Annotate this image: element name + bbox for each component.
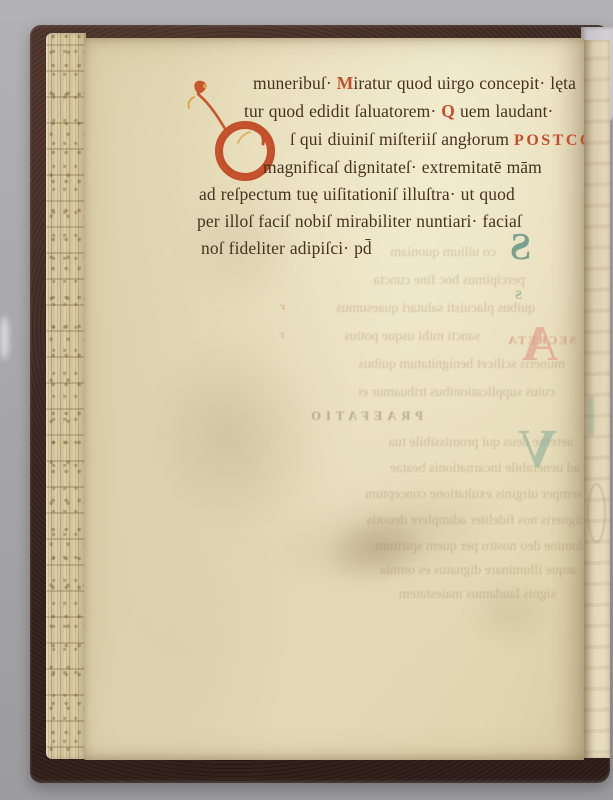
page-edge-speckles: [46, 33, 86, 759]
line-segment: ſ qui diuiniſ miſteriiſ angłorum: [290, 129, 514, 149]
photo-background: co uilium quoniampercipimus hoc fine cun…: [0, 0, 613, 800]
manuscript-line: magnificaſ dignitateſ· extremitatē mām: [263, 159, 542, 177]
line-segment: M: [337, 73, 354, 93]
text-layer: muneribuſ· Miratur quod uirgo concepit· …: [84, 38, 584, 760]
line-segment: ad reſpectum tuę uiſitationiſ illuſtra· …: [199, 184, 515, 204]
sliver-ghost-ring: [587, 483, 606, 543]
sliver-ghost-green-mark: [588, 396, 594, 436]
line-segment: per illoſ faciſ nobiſ mirabiliter nuntia…: [197, 211, 522, 231]
manuscript-line: tur quod edidit ſaluatorem· Q uem laudan…: [244, 103, 554, 121]
next-page-sliver: [584, 40, 610, 758]
line-segment: Q: [441, 101, 455, 121]
line-segment: uem laudant·: [455, 101, 554, 121]
line-segment: muneribuſ·: [253, 73, 337, 93]
manuscript-line: ſ qui diuiniſ miſteriiſ angłorum POSTCŌ: [290, 131, 595, 149]
manuscript-line: ad reſpectum tuę uiſitationiſ illuſtra· …: [199, 186, 515, 204]
line-segment: tur quod edidit ſaluatorem·: [244, 101, 441, 121]
line-segment: iratur quod uirgo concepit· lęta: [353, 73, 576, 93]
manuscript-line: muneribuſ· Miratur quod uirgo concepit· …: [253, 75, 576, 93]
page-edge-stack: [46, 33, 86, 759]
manuscript-page: co uilium quoniampercipimus hoc fine cun…: [84, 38, 584, 760]
line-segment: POSTCŌ: [514, 132, 595, 149]
line-segment: magnificaſ dignitateſ· extremitatē mām: [263, 157, 542, 177]
background-light-smudge: [0, 316, 9, 360]
manuscript-line: noſ fideliter adipiſci· pd̄: [201, 240, 372, 258]
line-segment: noſ fideliter adipiſci· pd̄: [201, 238, 372, 258]
manuscript-line: per illoſ faciſ nobiſ mirabiliter nuntia…: [197, 213, 522, 231]
